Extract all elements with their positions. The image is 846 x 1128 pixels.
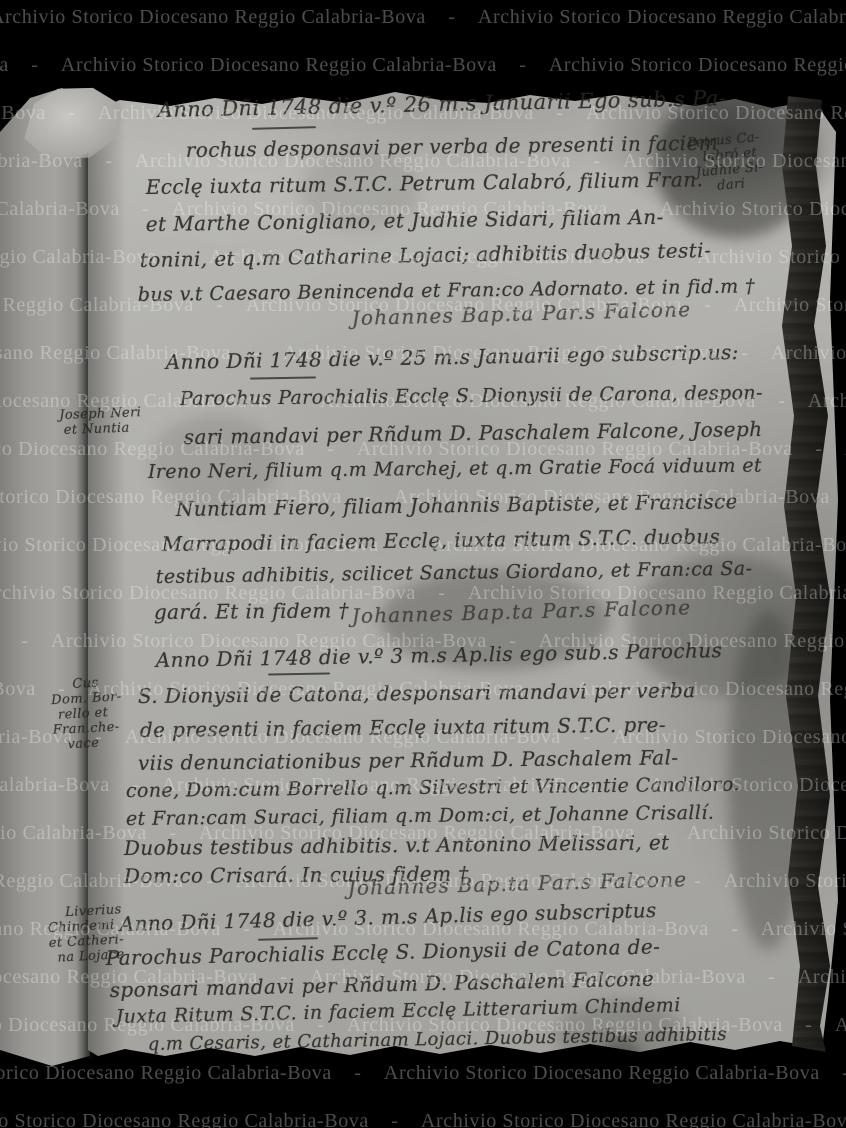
manuscript-line: tonini, et q.m Catharine Lojaci; adhibit… [140, 238, 712, 272]
manuscript-line: cone, Dom:cum Borrello q.m Silvestri et … [126, 774, 740, 802]
manuscript-line: q.m Cesaris, et Catharinam Lojaci. Duobu… [148, 1024, 728, 1055]
manuscript-line: testibus adhibitis, scilicet Sanctus Gio… [156, 558, 753, 588]
manuscript-line: Ecclę iuxta ritum S.T.C. Petrum Calabró,… [146, 167, 704, 199]
manuscript-line: rochus desponsavi per verba de presenti … [186, 131, 719, 162]
manuscript-line: Duobus testibus adhibitis. v.t Antonino … [124, 830, 670, 860]
archive-photo: { "watermark": { "text": "Archivio Stori… [0, 0, 846, 1128]
manuscript-line: de presenti in faciem Ecclę iuxta ritum … [140, 712, 666, 742]
manuscript-line: sari mandavi per Rñdum D. Paschalem Falc… [184, 417, 763, 449]
manuscript-line: et Marthe Conigliano, et Judhie Sidari, … [146, 205, 664, 236]
manuscript-line: Anno Dñi 1748 die v.º 3 m.s Ap.lis ego s… [156, 638, 723, 672]
margin-note-names: Joseph Neriet Nuntia [59, 405, 142, 438]
manuscript-line: Parochus Parochialis Ecclę S. Dionysii d… [180, 382, 763, 410]
manuscript-line: Nuntiam Fiero, filiam Johannis Baptiste,… [176, 489, 738, 521]
margin-note-names: CusDom. Bor-rello etFran.che-vace [50, 674, 124, 753]
parish-priest-signature: Johannes Bap.ta Par.s Falcone [351, 595, 691, 628]
margin-note-names: Petrus Ca-labró etJudhie Si-dari [687, 130, 766, 196]
manuscript-line: Anno Dñi 1748 die v.º 25 m.s Januarii eg… [166, 340, 739, 374]
manuscript-line: S. Dionysii de Catona, desponsari mandav… [138, 678, 696, 708]
manuscript-line: gará. Et in fidem † [154, 598, 349, 624]
manuscript-line: viis denunciationibus per Rñdum D. Pasch… [138, 745, 679, 775]
margin-note-names: LiveriusChindemiet Catheri-na Lojace [47, 902, 125, 966]
manuscript-line: Anno Dñi 1748 die v.º 26 m.s Januarii Eg… [157, 86, 726, 122]
manuscript-line: Ireno Neri, filium q.m Marchej, et q.m G… [148, 455, 762, 483]
manuscript-line: Parochus Parochialis Ecclę S. Dionysii d… [105, 934, 660, 970]
manuscript-line: Anno Dñi 1748 die v.º 3. m.s Ap.lis ego … [119, 898, 657, 936]
manuscript-line: et Fran:cam Suraci, filiam q.m Dom:ci, e… [126, 802, 715, 830]
manuscript-line: Marrapodi in faciem Ecclę, iuxta ritum S… [162, 524, 721, 556]
handwriting-layer: Anno Dñi 1748 die v.º 26 m.s Januarii Eg… [0, 0, 846, 1128]
